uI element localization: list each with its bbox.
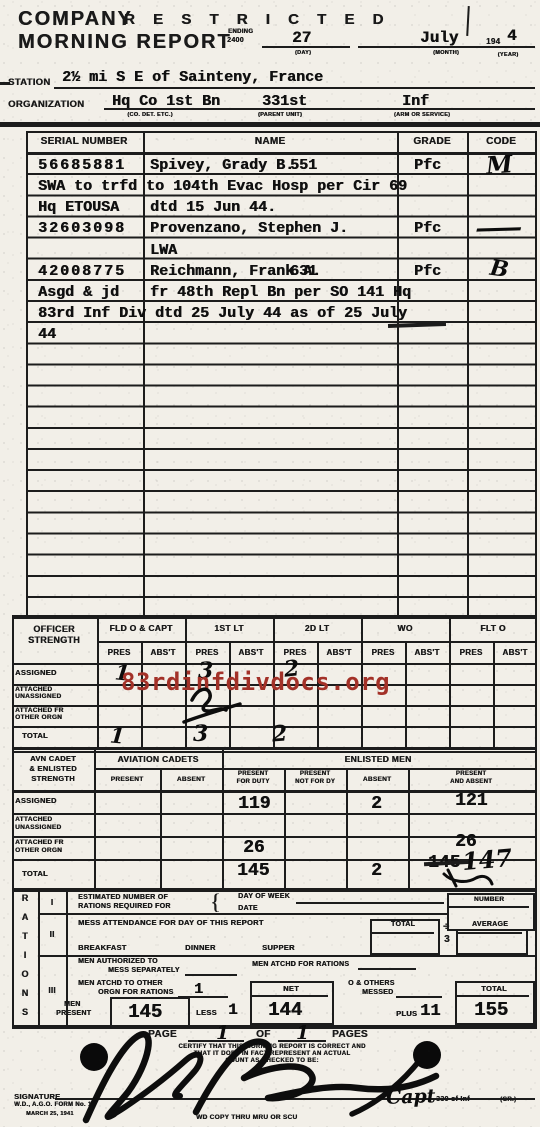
- day-caption: (DAY): [295, 50, 311, 56]
- plus-entry: 11: [420, 1002, 440, 1021]
- station-underline: [54, 87, 535, 89]
- rations-total-box-rule: [457, 995, 529, 997]
- estimated-rations-label: ESTIMATED NUMBER OF: [78, 894, 168, 901]
- roster-remark-right: LWA: [150, 242, 177, 259]
- row-label-attached-unassigned: ATTACHED: [15, 686, 52, 693]
- average-box-label: AVERAGE: [472, 921, 508, 928]
- enlisted-assigned-absent: 2: [371, 794, 382, 814]
- enlisted-border-left: [12, 747, 14, 891]
- col-present-not-for-duty: PRESENT: [300, 771, 330, 777]
- mess-separately-blank: [185, 974, 237, 976]
- pres-label: PRES: [372, 648, 395, 657]
- date-blank: [262, 913, 444, 915]
- enlisted-total-present-for-duty: 145: [237, 861, 269, 881]
- officer-sub-divider: [493, 641, 495, 749]
- others-messed-label: O & OTHERS: [348, 980, 395, 987]
- enlisted-col-divider: [408, 768, 410, 890]
- roster-remark: 83rd Inf Div dtd 25 July 44 as of 25 Jul…: [38, 305, 407, 322]
- col-present-and-absent: PRESENT: [456, 771, 486, 777]
- enlisted-strength-title: & ENLISTED: [29, 764, 77, 773]
- month-entry: July: [420, 29, 458, 47]
- enlisted-assigned-present-for-duty: 119: [238, 794, 270, 814]
- form-number-label: W.D., A.G.O. FORM No. 1: [14, 1102, 91, 1108]
- distribution-label: WD COPY THRU MRU OR SCU: [196, 1114, 297, 1121]
- divide-count: 3: [444, 934, 450, 945]
- abst-label: ABS'T: [414, 648, 439, 657]
- roster-divider-grade: [397, 131, 399, 617]
- roster-remark-right: fr 48th Repl Bn per SO 141 Hq: [150, 284, 411, 301]
- year-underline: [482, 46, 535, 48]
- enlisted-total-absent: 2: [371, 861, 382, 881]
- page-label: PAGE: [148, 1029, 177, 1040]
- pres-label: PRES: [108, 648, 131, 657]
- col-header-serial: SERIAL NUMBER: [40, 136, 127, 147]
- col-present: PRESENT: [111, 776, 144, 783]
- men-authorized-label: MEN AUTHORIZED TO: [78, 958, 158, 965]
- roster-serial: 32603098: [38, 220, 126, 237]
- enlisted-group-divider: [222, 747, 224, 891]
- station-entry: 2½ mi S E of Sainteny, France: [62, 69, 323, 86]
- section-numeral-1: I: [51, 898, 54, 907]
- atchd-other-label: MEN ATCHD TO OTHER: [78, 980, 163, 987]
- enlisted-border-right: [535, 747, 537, 891]
- roster-top-border: [26, 131, 537, 133]
- enlisted-col-divider: [346, 768, 348, 890]
- officer-group-divider: [449, 615, 451, 749]
- pages-label: PAGES: [332, 1029, 368, 1040]
- enlisted-col-divider: [284, 768, 286, 890]
- abst-label: ABS'T: [326, 648, 351, 657]
- total-box-rule: [372, 932, 434, 934]
- form-title-line2: MORNING REPORT: [18, 31, 232, 54]
- roster-code-handwritten: M: [485, 149, 514, 180]
- roster-remark: 44: [38, 326, 56, 343]
- rations-top-border: [12, 890, 537, 892]
- row-label-assigned: ASSIGNED: [15, 668, 57, 677]
- org-arm-caption: (ARM OR SERVICE): [394, 112, 450, 118]
- col-header-grade: GRADE: [413, 136, 451, 147]
- average-box-rule: [458, 932, 522, 934]
- signature-label: SIGNATURE: [14, 1092, 60, 1101]
- roster-grade: Pfc: [414, 157, 441, 174]
- org-unit-caption: (CO. DET. ETC.): [127, 112, 172, 118]
- rations-border-left: [12, 890, 14, 1027]
- enlisted-attached-present-for-duty: 26: [243, 838, 265, 858]
- net-entry: 144: [268, 999, 302, 1021]
- officer-strength-title: STRENGTH: [28, 635, 80, 645]
- officer-group-underline: [97, 641, 535, 643]
- section-numeral-2: II: [49, 930, 54, 939]
- day-of-week-blank: [296, 902, 444, 904]
- officer-label-divider: [97, 615, 99, 749]
- total-box-label: TOTAL: [391, 921, 415, 928]
- roster-code-dash-mark: —: [473, 213, 525, 244]
- number-box-rule: [449, 906, 529, 908]
- rations-total-entry: 155: [474, 999, 508, 1021]
- men-atchd-for-rations-label: MEN ATCHD FOR RATIONS: [252, 961, 349, 968]
- col-absent: ABSENT: [177, 776, 206, 783]
- enlisted-assigned-present-and-absent: 121: [455, 791, 487, 811]
- atchd-other-entry: 1: [194, 981, 203, 998]
- roster-mos: 551: [290, 157, 317, 174]
- plus-label: PLUS: [396, 1009, 417, 1018]
- rations-letter: S: [22, 1007, 28, 1017]
- watermark: 83rdinfdivdocs.org: [121, 668, 390, 696]
- mess-separately-label: MESS SEPARATELY: [108, 967, 180, 974]
- form-date-label: MARCH 25, 1941: [26, 1111, 74, 1117]
- enlisted-col-divider: [160, 768, 162, 890]
- header-divider-bar: [0, 122, 540, 127]
- abst-label: ABS'T: [150, 648, 175, 657]
- date-label: DATE: [238, 905, 258, 912]
- col-present-for-duty: FOR DUTY: [236, 779, 269, 785]
- roster-divider-serial: [143, 131, 145, 617]
- row-label-attached-other: ATTACHED FR: [15, 839, 64, 846]
- officer-group-label: WO: [397, 623, 412, 633]
- roster-serial: 42008775: [38, 263, 126, 280]
- supper-label: SUPPER: [262, 943, 295, 952]
- grade-handwritten: Capt: [386, 1085, 436, 1109]
- men-present-entry: 145: [128, 1001, 162, 1023]
- certification-text: THAT IT DOES IN FACT REPRESENT AN ACTUAL: [194, 1051, 351, 1057]
- mess-attendance-label: MESS ATTENDANCE FOR DAY OF THIS REPORT: [78, 918, 264, 927]
- atchd-other-label: ORGN FOR RATIONS: [98, 989, 173, 996]
- rations-total-box-label: TOTAL: [481, 984, 507, 993]
- ending-label: ENDING: [228, 29, 253, 35]
- org-arm-entry: Inf: [402, 93, 429, 110]
- men-present-label: PRESENT: [56, 1010, 91, 1017]
- org-unit-entry: Hq Co 1st Bn: [112, 93, 220, 110]
- year-entry: 4: [507, 27, 517, 45]
- roster-name: Spivey, Grady B.: [150, 157, 294, 174]
- officer-group-label: 2D LT: [305, 623, 329, 633]
- roster-divider-code: [467, 131, 469, 617]
- organization-label: ORGANIZATION: [8, 99, 84, 110]
- roster-serial: 56685881: [38, 157, 126, 174]
- enlisted-total-corrected-handwritten: 147: [461, 843, 513, 876]
- month-caption: (MONTH): [433, 50, 459, 56]
- officer-border-right: [535, 615, 537, 749]
- col-present-and-absent: AND ABSENT: [450, 779, 492, 785]
- org-parent-caption: (PARENT UNIT): [258, 112, 302, 118]
- col-present-not-for-duty: NOT FOR DY: [295, 779, 335, 785]
- rations-letter: I: [24, 950, 27, 960]
- year-prefix: 194: [486, 37, 500, 46]
- enlisted-strength-title: AVN CADET: [30, 754, 76, 763]
- estimated-rations-label: RATIONS REQUIRED FOR: [78, 903, 171, 910]
- divide-symbol: ÷: [443, 921, 449, 933]
- ending-time-label: 2400: [227, 37, 244, 44]
- pen-tick-mark: [466, 6, 470, 36]
- signature-stroke: [114, 1055, 200, 1114]
- rations-section-divider: [38, 955, 535, 957]
- rations-letter: R: [22, 893, 29, 903]
- men-present-label: MEN: [64, 1001, 80, 1008]
- row-label-attached-unassigned: ATTACHED: [15, 816, 52, 823]
- roster-grade: Pfc: [414, 263, 441, 280]
- officer-total-1stlt-pres: 3: [193, 721, 208, 747]
- form-title-line1: COMPANY: [18, 8, 133, 31]
- officer-sub-divider: [405, 641, 407, 749]
- roster-border-right: [535, 131, 537, 617]
- net-box-label: NET: [283, 984, 299, 993]
- aviation-cadets-group-label: AVIATION CADETS: [117, 754, 198, 764]
- roster-mos: 631: [290, 263, 317, 280]
- restricted-stamp: R E S T R I C T E D: [124, 11, 390, 28]
- less-label: LESS: [196, 1008, 217, 1017]
- roster-remark-left: Asgd & jd: [38, 284, 119, 301]
- grade-caption: (GR.): [500, 1097, 516, 1103]
- dinner-label: DINNER: [185, 943, 216, 952]
- section-numeral-3: III: [48, 986, 56, 995]
- day-entry: 27: [292, 29, 311, 47]
- pages-number-handwritten: 1: [296, 1022, 309, 1044]
- row-label-attached-other: OTHER ORGN: [15, 714, 62, 721]
- rations-letter: A: [22, 912, 29, 922]
- pres-label: PRES: [196, 648, 219, 657]
- enlisted-label-divider: [94, 747, 96, 891]
- enlisted-rowline: [12, 813, 535, 815]
- officer-group-label: FLT O: [480, 623, 505, 633]
- row-label-total: TOTAL: [22, 869, 48, 878]
- officer-total-fldo-pres: 1: [109, 722, 126, 748]
- enlisted-top-thin: [12, 751, 535, 753]
- officer-border-left: [12, 615, 14, 749]
- others-messed-blank: [396, 996, 442, 998]
- punch-hole-left: [80, 1043, 108, 1071]
- morning-report-document: COMPANY R E S T R I C T E D MORNING REPO…: [0, 0, 540, 1127]
- station-label: STATION: [8, 77, 50, 88]
- roster-border-left: [26, 131, 28, 617]
- less-entry: 1: [228, 1001, 238, 1019]
- roster-remark: SWA to trfd to 104th Evac Hosp per Cir 6…: [38, 178, 407, 195]
- col-present-for-duty: PRESENT: [238, 771, 268, 777]
- officer-group-label: 1ST LT: [214, 623, 244, 633]
- men-atchd-blank: [358, 968, 416, 970]
- col-header-name: NAME: [255, 136, 286, 147]
- row-label-total: TOTAL: [22, 731, 48, 740]
- number-box-label: NUMBER: [474, 896, 504, 903]
- officer-total-2dlt-pres: 2: [271, 720, 288, 747]
- punch-hole-right: [413, 1041, 441, 1069]
- roster-remark-left: Hq ETOUSA: [38, 199, 119, 216]
- row-label-attached-unassigned: UNASSIGNED: [15, 824, 61, 831]
- abst-label: ABS'T: [238, 648, 263, 657]
- row-label-attached-unassigned: UNASSIGNED: [15, 693, 61, 700]
- grade-unit-label: 330 of Inf: [436, 1096, 470, 1103]
- enlisted-strength-title: STRENGTH: [31, 774, 75, 783]
- rations-letter: N: [22, 988, 29, 998]
- org-parent-entry: 331st: [262, 93, 307, 110]
- rations-letter-divider: [38, 890, 40, 1027]
- rations-border-right: [535, 890, 537, 1027]
- rations-bottom-border: [12, 1025, 537, 1029]
- row-label-attached-other: OTHER ORGN: [15, 847, 62, 854]
- col-header-code: CODE: [486, 136, 516, 147]
- roster-grade: Pfc: [414, 220, 441, 237]
- net-box-rule: [252, 995, 328, 997]
- enlisted-men-group-label: ENLISTED MEN: [345, 754, 412, 764]
- certification-text: CERTIFY THAT THIS MORNING REPORT IS CORR…: [178, 1044, 365, 1050]
- col-absent: ABSENT: [363, 776, 392, 783]
- day-of-week-label: DAY OF WEEK: [238, 893, 290, 900]
- rations-letter: T: [22, 931, 28, 941]
- officer-strength-title: OFFICER: [33, 624, 75, 634]
- others-messed-label: MESSED: [362, 989, 393, 996]
- certification-text: COUNT AS CHECKED TO BE:: [225, 1058, 319, 1064]
- page-number-handwritten: 1: [216, 1022, 229, 1044]
- of-label: OF: [256, 1029, 271, 1040]
- officer-group-label: FLD O & CAPT: [109, 623, 172, 633]
- year-caption: (YEAR): [498, 52, 519, 58]
- breakfast-label: BREAKFAST: [78, 943, 127, 952]
- roster-remark-right: dtd 15 Jun 44.: [150, 199, 276, 216]
- roster-code-handwritten: B: [488, 255, 510, 283]
- row-label-assigned: ASSIGNED: [15, 796, 57, 805]
- brace-glyph: {: [210, 889, 221, 915]
- abst-label: ABS'T: [502, 648, 527, 657]
- row-label-attached-other: ATTACHED FR: [15, 707, 64, 714]
- rations-letter: O: [21, 969, 28, 979]
- pres-label: PRES: [460, 648, 483, 657]
- roster-name: Provenzano, Stephen J.: [150, 220, 348, 237]
